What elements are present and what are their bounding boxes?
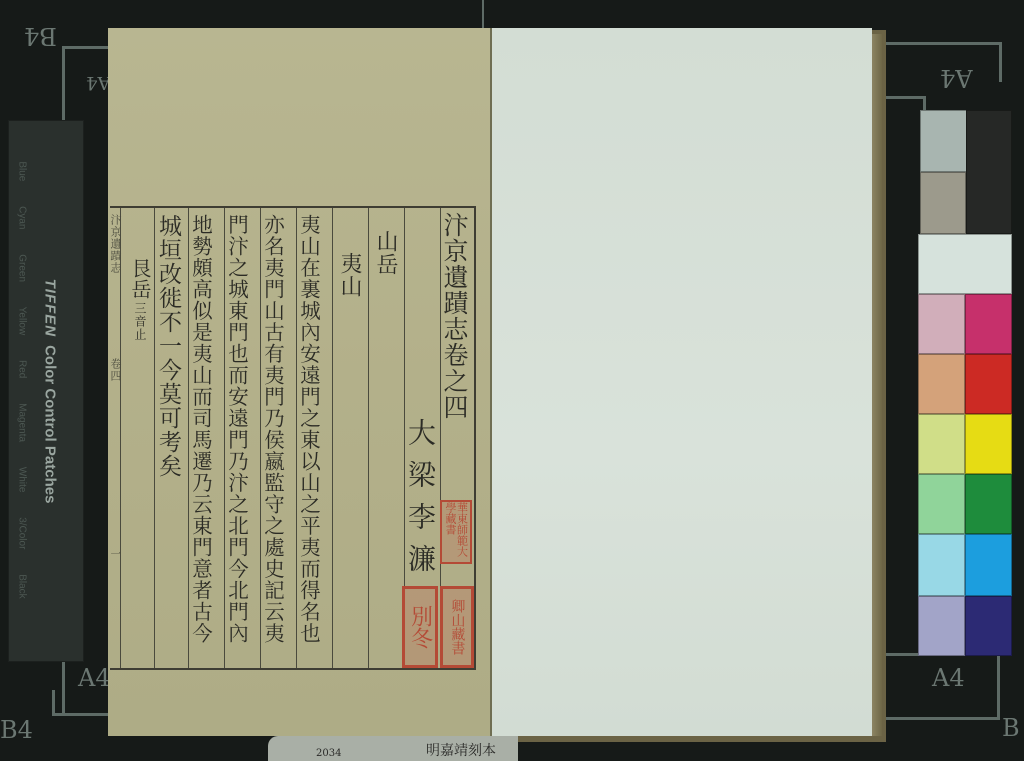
- body-column-1: 夷山在裏城內安遠門之東以山之平夷而得名也: [298, 214, 319, 644]
- marker-label-b4-top: B4: [24, 22, 57, 50]
- lower-seal-right: 卿山藏書: [440, 586, 474, 668]
- patch-magenta-light: [918, 294, 965, 354]
- upper-collection-seal: 華東師範大學藏書: [440, 500, 472, 564]
- patch-black-top: [966, 110, 1012, 234]
- column-rule: [332, 208, 333, 668]
- author-line: 大梁李濂: [406, 418, 434, 586]
- patch-green: [965, 474, 1012, 534]
- mat-outline-top-center: [482, 0, 484, 28]
- body-column-2: 亦名夷門山古有夷門乃侯嬴監守之處史記云夷: [262, 214, 283, 644]
- tiffen-color-strip: Blue Cyan Green Yellow Red Magenta White…: [8, 120, 84, 662]
- section-heading: 山岳: [374, 230, 396, 276]
- patch-blue-light: [918, 596, 965, 656]
- tiffen-swatch-labels: Blue Cyan Green Yellow Red Magenta White…: [17, 161, 28, 620]
- label-number: 2034: [316, 748, 341, 759]
- catalog-label-slip: 2034 明嘉靖刻本: [268, 736, 518, 761]
- lower-seal-left: 別冬: [402, 586, 438, 668]
- sub-entry-heading: 艮岳: [130, 258, 150, 300]
- patch-green-light: [918, 474, 965, 534]
- marker-label-a4-bottom-right: A4: [932, 664, 965, 692]
- swatch-label: Green: [17, 254, 28, 282]
- label-edition-text: 明嘉靖刻本: [426, 740, 496, 760]
- volume-title: 汴京遺蹟志卷之四: [442, 212, 467, 420]
- swatch-label: Red: [17, 360, 28, 378]
- margin-title: 汴京遺蹟志: [110, 214, 121, 274]
- marker-label-a4-bottom-left: A4: [78, 664, 111, 692]
- marker-label-a4-top-right: A4: [940, 64, 973, 92]
- swatch-label: Yellow: [17, 307, 28, 336]
- margin-volume: 卷四: [110, 358, 121, 382]
- body-column-5: 城垣改徙不一今莫可考矣: [156, 214, 179, 478]
- patch-gray-mid: [920, 172, 966, 234]
- marker-label-a4-top-left: A4: [86, 72, 110, 93]
- patch-cyan: [965, 534, 1012, 596]
- swatch-label: Black: [17, 574, 28, 598]
- sub-entry-note: 三音止: [134, 302, 146, 341]
- entry-heading: 夷山: [338, 252, 360, 298]
- patch-red-light: [918, 354, 965, 414]
- swatch-label: Magenta: [17, 403, 28, 442]
- tiffen-brand: TIFFEN: [42, 279, 59, 338]
- patch-magenta: [965, 294, 1012, 354]
- patch-yellow: [965, 414, 1012, 474]
- marker-label-b4-bottom: B4: [0, 716, 33, 744]
- body-column-3: 門汴之城東門也而安遠門乃汴之北門今北門內: [226, 214, 247, 644]
- mat-outline-a4-left: [52, 690, 112, 716]
- swatch-label: Blue: [17, 161, 28, 181]
- patch-gray-light: [920, 110, 968, 172]
- patch-cyan-light: [918, 534, 965, 596]
- patch-yellow-light: [918, 414, 965, 474]
- patch-red: [965, 354, 1012, 414]
- swatch-label: White: [17, 467, 28, 493]
- tiffen-title-text: Color Control Patches: [42, 345, 59, 503]
- swatch-label: 3/Color: [17, 517, 28, 549]
- margin-page: 一: [110, 548, 121, 560]
- patch-blue: [965, 596, 1012, 656]
- page-edge: [872, 34, 882, 736]
- body-column-4: 地勢頗高似是夷山而司馬遷乃云東門意者古今: [190, 214, 211, 644]
- marker-label-b-bottom-right: B: [1002, 714, 1020, 742]
- column-rule: [368, 208, 369, 668]
- swatch-label: Cyan: [17, 206, 28, 229]
- column-rule: [120, 208, 121, 668]
- right-page-blank: [492, 28, 872, 736]
- text-block-frame: 汴京遺蹟志 卷四 一 艮岳 三音止 城垣改徙不一今莫可考矣 地勢頗高似是夷山而司…: [110, 206, 476, 670]
- patch-white: [918, 234, 1012, 294]
- color-checker-card: [918, 110, 1012, 656]
- tiffen-title: TIFFENColor Control Patches: [42, 279, 59, 504]
